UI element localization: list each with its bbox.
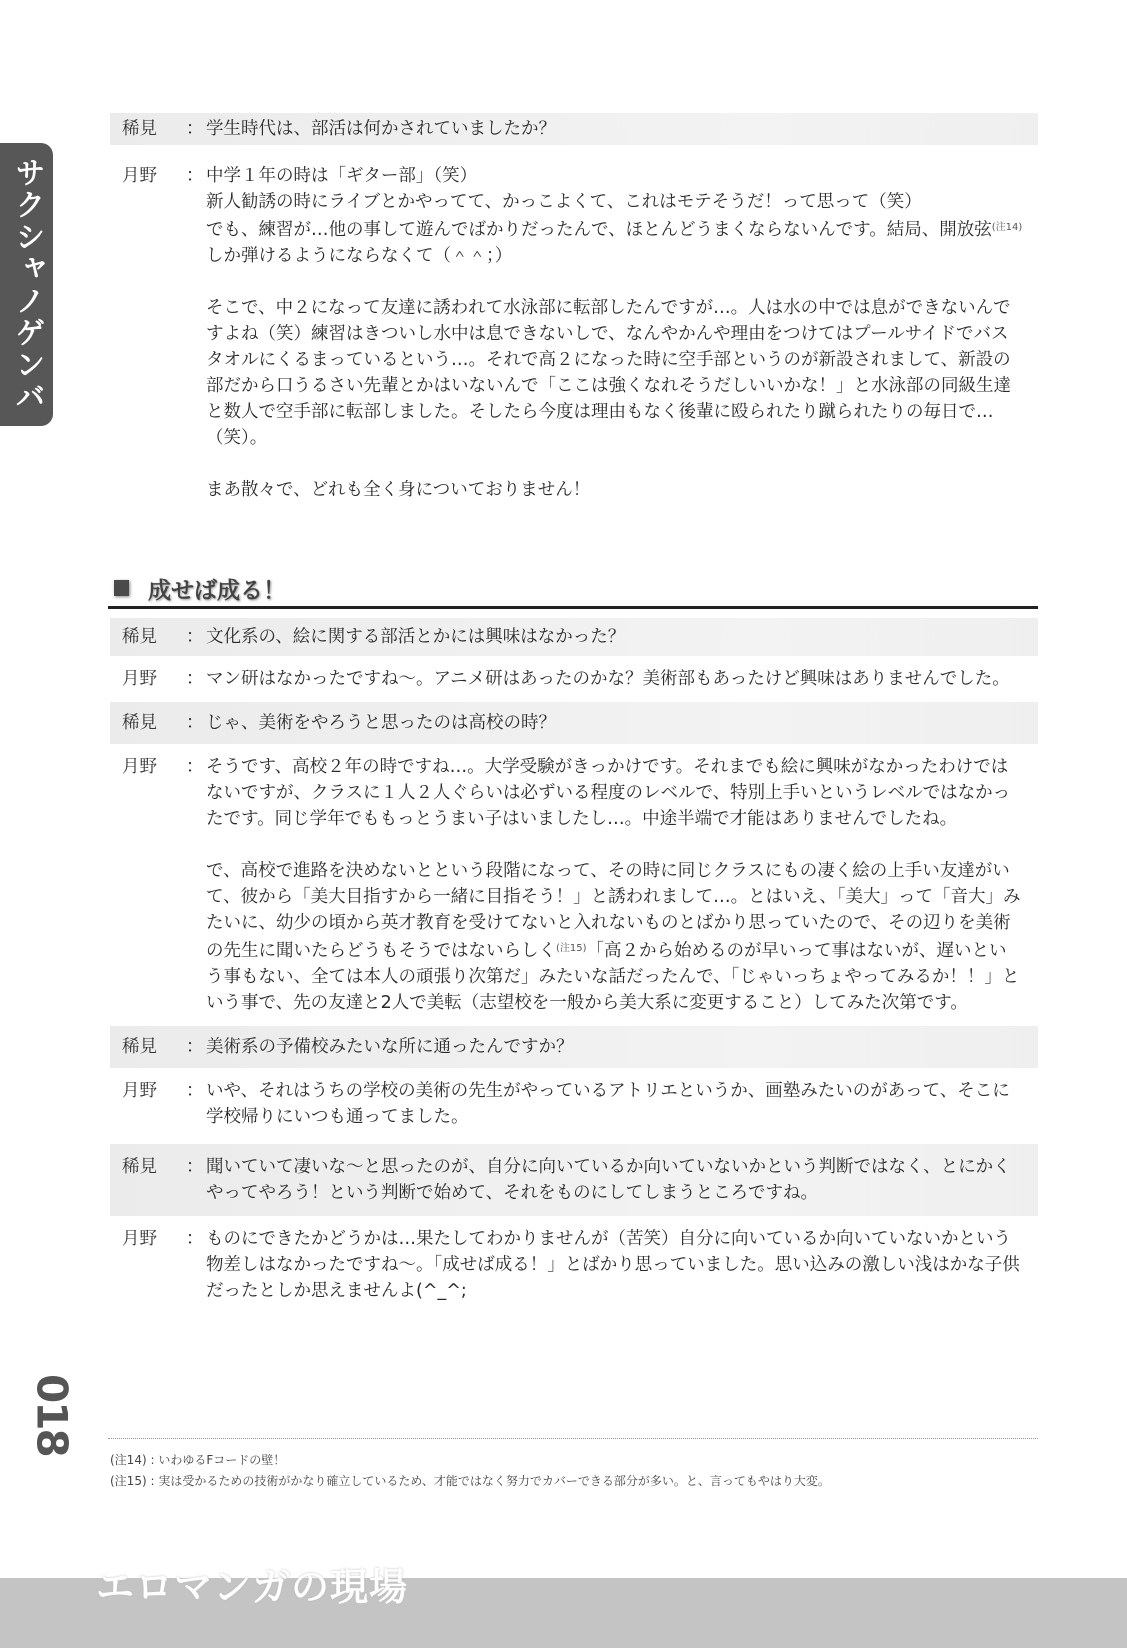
dialogue-row: 月野 ： ものにできたかどうかは…果たしてわかりませんが（苦笑）自分に向いている… — [110, 1216, 1038, 1314]
dialogue-text: マン研はなかったですね～。アニメ研はあったのかな？美術部もあったけど興味はありま… — [206, 666, 1038, 692]
dialogue-text: 美術系の予備校みたいな所に通ったんですか？ — [206, 1034, 1038, 1060]
dialogue-text: 学生時代は、部活は何かされていましたか？ — [206, 116, 1038, 142]
dialogue-row: 稀見 ： じゃ、美術をやろうと思ったのは高校の時？ — [110, 702, 1038, 744]
section-heading: 成せば成る！ — [108, 570, 1038, 609]
interview-section-2: 稀見 ： 文化系の、絵に関する部活とかには興味はなかった？ 月野 ： マン研はな… — [110, 618, 1038, 1314]
footnotes: (注14) : いわゆるFコードの壁！ (注15) : 実は受かるための技術がか… — [110, 1450, 830, 1492]
speaker-name: 月野 — [110, 666, 186, 692]
dialogue-text: ものにできたかどうかは…果たしてわかりませんが（苦笑）自分に向いているか向いてい… — [206, 1226, 1038, 1304]
speaker-name: 稀見 — [110, 1034, 186, 1060]
dialogue-text: そうです、高校２年の時ですね…。大学受験がきっかけです。それまでも絵に興味がなか… — [206, 754, 1038, 1016]
speaker-name: 月野 — [110, 754, 186, 1016]
speaker-name: 月野 — [110, 1078, 186, 1130]
dialogue-text: 文化系の、絵に関する部活とかには興味はなかった？ — [206, 624, 1038, 650]
square-bullet-icon — [114, 580, 129, 596]
dialogue-text: 中学１年の時は「ギター部」（笑） 新人勧誘の時にライブとかやってて、かっこよくて… — [206, 163, 1038, 503]
book-title: エロマンガの現場 — [96, 1556, 408, 1611]
dialogue-row: 月野 ： そうです、高校２年の時ですね…。大学受験がきっかけです。それまでも絵に… — [110, 744, 1038, 1026]
dialogue-row: 稀見 ： 文化系の、絵に関する部活とかには興味はなかった？ — [110, 618, 1038, 656]
page-number: 018 — [22, 1370, 82, 1460]
dialogue-text: いや、それはうちの学校の美術の先生がやっているアトリエというか、画塾みたいのがあ… — [206, 1078, 1038, 1130]
speaker-name: 稀見 — [110, 710, 186, 736]
dialogue-row: 月野 ： 中学１年の時は「ギター部」（笑） 新人勧誘の時にライブとかやってて、か… — [110, 163, 1038, 503]
dialogue-row: 月野 ： いや、それはうちの学校の美術の先生がやっているアトリエというか、画塾み… — [110, 1068, 1038, 1144]
dialogue-row: 月野 ： マン研はなかったですね～。アニメ研はあったのかな？美術部もあったけど興… — [110, 656, 1038, 702]
section-title: 成せば成る！ — [148, 572, 286, 605]
dialogue-text: 聞いていて凄いな～と思ったのが、自分に向いているか向いていないかという判断ではな… — [206, 1154, 1038, 1206]
speaker-name: 月野 — [110, 1226, 186, 1304]
dialogue-row: 稀見 ： 学生時代は、部活は何かされていましたか？ — [110, 113, 1038, 145]
footnote-14: (注14) : いわゆるFコードの壁！ — [110, 1450, 830, 1471]
footnote-ref-14: (注14) — [992, 222, 1023, 233]
footnote-15: (注15) : 実は受かるための技術がかなり確立しているため、才能ではなく努力で… — [110, 1471, 830, 1492]
dialogue-row: 稀見 ： 聞いていて凄いな～と思ったのが、自分に向いているか向いていないかという… — [110, 1144, 1038, 1216]
side-tab-label: サクシャノゲンバ — [5, 157, 49, 413]
speaker-name: 稀見 — [110, 624, 186, 650]
speaker-name: 稀見 — [110, 1154, 186, 1206]
footnote-ref-15: (注15) — [556, 943, 587, 954]
interview-section-1: 稀見 ： 学生時代は、部活は何かされていましたか？ 月野 ： 中学１年の時は「ギ… — [110, 113, 1038, 503]
dialogue-text: じゃ、美術をやろうと思ったのは高校の時？ — [206, 710, 1038, 736]
dialogue-row: 稀見 ： 美術系の予備校みたいな所に通ったんですか？ — [110, 1026, 1038, 1068]
footnote-divider — [108, 1438, 1038, 1439]
speaker-name: 稀見 — [110, 116, 186, 142]
speaker-name: 月野 — [110, 163, 186, 503]
side-tab: サクシャノゲンバ — [0, 143, 53, 426]
